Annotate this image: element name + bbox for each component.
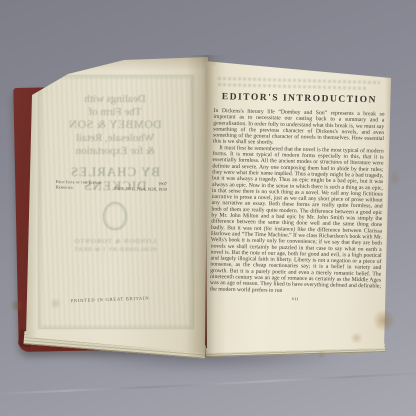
left-page: Dealings with The Firm of DOMBEY & SON W…	[24, 55, 208, 355]
photo-backdrop: Dealings with The Firm of DOMBEY & SON W…	[0, 0, 416, 416]
showthrough-title-line: The Firm of	[42, 106, 188, 119]
right-page: Editor's Introduction EDITOR'S INTRODUCT…	[204, 57, 392, 357]
showthrough-title-line: DOMBEY & SON	[42, 119, 188, 132]
showthrough-title-line: & for Exportation	[42, 145, 188, 158]
showthrough-title-line: Wholesale, Retail	[42, 132, 188, 145]
showthrough-author-line: BY CHARLES	[42, 165, 188, 179]
showthrough-title-line: Dealings with	[42, 93, 188, 106]
foxing-stain	[316, 351, 327, 358]
showthrough-running-head: Editor's Introduction	[250, 58, 372, 72]
intro-paragraph: In Dickens's literary life “Dombey and S…	[213, 107, 385, 147]
showthrough-publisher-line: LONDON & TORONTO	[42, 238, 188, 245]
showthrough-title-page: Dealings with The Firm of DOMBEY & SON W…	[42, 93, 188, 253]
showthrough-vignette-emblem	[103, 202, 127, 230]
foxing-stain	[391, 168, 399, 188]
page-text-block: EDITOR'S INTRODUCTION In Dickens's liter…	[214, 91, 392, 355]
foxing-stain	[349, 333, 364, 343]
showthrough-publisher-line: PUBLISHED BY J·M·DENT	[42, 247, 188, 253]
page-number: vii	[210, 294, 381, 304]
foxing-stain	[372, 310, 396, 331]
edition-years: 1920, 1921, 1924, 1928, 1930	[114, 186, 167, 193]
foxing-stain	[11, 298, 24, 313]
foxing-stain	[48, 299, 63, 308]
chapter-heading: EDITOR'S INTRODUCTION	[214, 91, 385, 106]
foxing-stain	[209, 59, 218, 66]
edition-history: First Issue of this Edition . 1907 Repri…	[56, 179, 167, 192]
showthrough-text-line	[218, 83, 368, 90]
backdrop-crease	[0, 383, 222, 395]
page-text: EDITOR'S INTRODUCTION In Dickens's liter…	[210, 91, 385, 304]
intro-paragraph: It must first be remembered that the nov…	[210, 144, 384, 295]
edition-label: Reprinted	[56, 184, 74, 190]
dot-leader: . . . . .	[73, 185, 114, 191]
